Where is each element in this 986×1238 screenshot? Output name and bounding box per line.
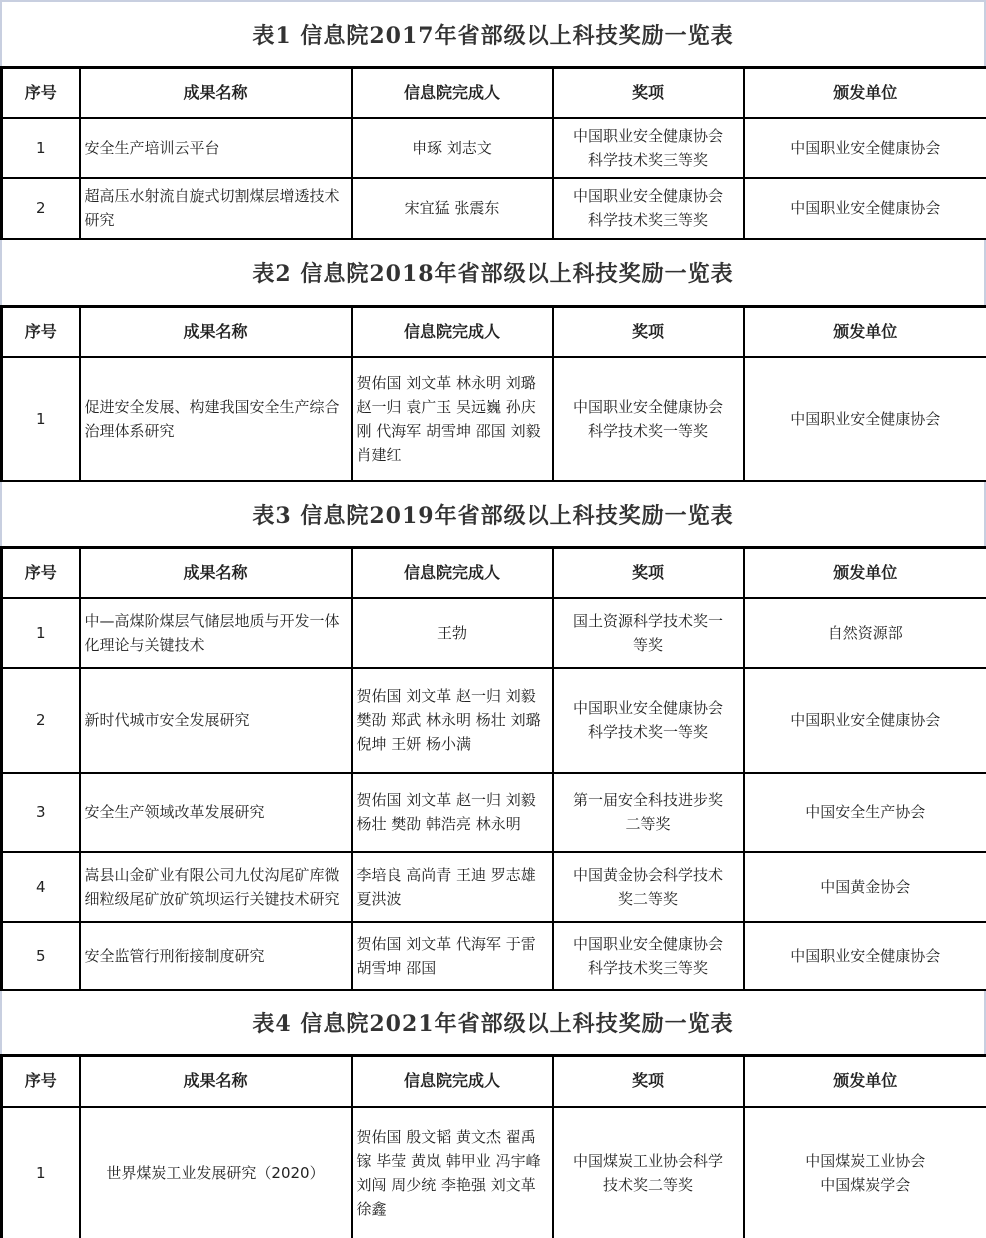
cell-contributors: 贺佑国 刘文革 赵一归 刘毅 杨壮 樊劭 韩浩亮 林永明 <box>352 773 553 852</box>
header-achievement-name: 成果名称 <box>80 1056 352 1107</box>
cell-achievement-name: 安全生产领域改革发展研究 <box>80 773 352 852</box>
award-line: 中国职业安全健康协会 <box>558 124 739 148</box>
table-row: 4 嵩县山金矿业有限公司九仗沟尾矿库微细粒级尾矿放矿筑坝运行关键技术研究 李培良… <box>2 852 986 922</box>
cell-serial-number: 1 <box>2 598 80 668</box>
cell-contributors: 申琢 刘志文 <box>352 118 553 178</box>
header-contributors: 信息院完成人 <box>352 307 553 357</box>
cell-issuer: 中国安全生产协会 <box>744 773 986 852</box>
cell-award: 中国煤炭工业协会科学 技术奖二等奖 <box>553 1107 744 1238</box>
cell-contributors: 贺佑国 刘文革 代海军 于雷 胡雪坤 邵国 <box>352 922 553 991</box>
cell-contributors: 宋宜猛 张震东 <box>352 178 553 240</box>
cell-achievement-name: 嵩县山金矿业有限公司九仗沟尾矿库微细粒级尾矿放矿筑坝运行关键技术研究 <box>80 852 352 922</box>
cell-achievement-name: 超高压水射流自旋式切割煤层增透技术研究 <box>80 178 352 240</box>
cell-issuer: 中国职业安全健康协会 <box>744 668 986 773</box>
header-serial-number: 序号 <box>2 68 80 118</box>
table-header-row: 序号 成果名称 信息院完成人 奖项 颁发单位 <box>2 68 986 118</box>
cell-achievement-name: 安全监管行刑衔接制度研究 <box>80 922 352 991</box>
header-achievement-name: 成果名称 <box>80 68 352 118</box>
cell-award: 中国职业安全健康协会 科学技术奖三等奖 <box>553 118 744 178</box>
award-line: 科学技术奖三等奖 <box>558 956 739 980</box>
header-contributors: 信息院完成人 <box>352 548 553 598</box>
table-row: 1 促进安全发展、构建我国安全生产综合治理体系研究 贺佑国 刘文革 林永明 刘璐… <box>2 357 986 482</box>
cell-serial-number: 1 <box>2 1107 80 1238</box>
header-award: 奖项 <box>553 307 744 357</box>
issuer-line: 中国煤炭学会 <box>749 1173 983 1197</box>
table-1-awards-2017: 序号 成果名称 信息院完成人 奖项 颁发单位 1 安全生产培训云平台 申琢 刘志… <box>0 66 986 241</box>
award-line: 科学技术奖三等奖 <box>558 208 739 232</box>
award-line: 科学技术奖三等奖 <box>558 148 739 172</box>
table-row: 1 安全生产培训云平台 申琢 刘志文 中国职业安全健康协会 科学技术奖三等奖 中… <box>2 118 986 178</box>
table-3-title-band: 表3 信息院2019年省部级以上科技奖励一览表 <box>0 482 986 546</box>
cell-contributors: 贺佑国 殷文韬 黄文杰 翟禹镓 毕莹 黄岚 韩甲业 冯宇峰 刘闯 周少统 李艳强… <box>352 1107 553 1238</box>
table-row: 2 新时代城市安全发展研究 贺佑国 刘文革 赵一归 刘毅 樊劭 郑武 林永明 杨… <box>2 668 986 773</box>
header-serial-number: 序号 <box>2 307 80 357</box>
cell-achievement-name: 世界煤炭工业发展研究（2020） <box>80 1107 352 1238</box>
award-line: 中国黄金协会科学技术 <box>558 863 739 887</box>
award-line: 科学技术奖一等奖 <box>558 720 739 744</box>
cell-award: 中国职业安全健康协会 科学技术奖三等奖 <box>553 178 744 240</box>
award-line: 中国职业安全健康协会 <box>558 395 739 419</box>
header-issuer: 颁发单位 <box>744 307 986 357</box>
table-row: 1 世界煤炭工业发展研究（2020） 贺佑国 殷文韬 黄文杰 翟禹镓 毕莹 黄岚… <box>2 1107 986 1238</box>
table-1-title-band: 表1 信息院2017年省部级以上科技奖励一览表 <box>0 0 986 66</box>
award-line: 科学技术奖一等奖 <box>558 419 739 443</box>
cell-contributors: 贺佑国 刘文革 赵一归 刘毅 樊劭 郑武 林永明 杨壮 刘璐 倪坤 王妍 杨小满 <box>352 668 553 773</box>
header-award: 奖项 <box>553 548 744 598</box>
table-header-row: 序号 成果名称 信息院完成人 奖项 颁发单位 <box>2 1056 986 1107</box>
cell-award: 中国职业安全健康协会 科学技术奖三等奖 <box>553 922 744 991</box>
cell-achievement-name: 安全生产培训云平台 <box>80 118 352 178</box>
cell-serial-number: 1 <box>2 357 80 482</box>
header-award: 奖项 <box>553 1056 744 1107</box>
cell-achievement-name: 促进安全发展、构建我国安全生产综合治理体系研究 <box>80 357 352 482</box>
cell-award: 中国职业安全健康协会 科学技术奖一等奖 <box>553 357 744 482</box>
award-line: 中国煤炭工业协会科学 <box>558 1149 739 1173</box>
cell-award: 中国职业安全健康协会 科学技术奖一等奖 <box>553 668 744 773</box>
table-row: 5 安全监管行刑衔接制度研究 贺佑国 刘文革 代海军 于雷 胡雪坤 邵国 中国职… <box>2 922 986 991</box>
table-3-title: 表3 信息院2019年省部级以上科技奖励一览表 <box>252 499 733 530</box>
award-line: 技术奖二等奖 <box>558 1173 739 1197</box>
cell-serial-number: 3 <box>2 773 80 852</box>
cell-serial-number: 2 <box>2 668 80 773</box>
cell-contributors: 贺佑国 刘文革 林永明 刘璐 赵一归 袁广玉 吴远巍 孙庆刚 代海军 胡雪坤 邵… <box>352 357 553 482</box>
cell-achievement-name: 新时代城市安全发展研究 <box>80 668 352 773</box>
cell-issuer: 中国职业安全健康协会 <box>744 118 986 178</box>
cell-serial-number: 4 <box>2 852 80 922</box>
table-4-title: 表4 信息院2021年省部级以上科技奖励一览表 <box>252 1007 733 1038</box>
table-4-awards-2021: 序号 成果名称 信息院完成人 奖项 颁发单位 1 世界煤炭工业发展研究（2020… <box>0 1054 986 1238</box>
table-1-title: 表1 信息院2017年省部级以上科技奖励一览表 <box>252 19 733 50</box>
header-issuer: 颁发单位 <box>744 548 986 598</box>
header-serial-number: 序号 <box>2 548 80 598</box>
award-line: 第一届安全科技进步奖 <box>558 788 739 812</box>
header-issuer: 颁发单位 <box>744 68 986 118</box>
awards-document: 表1 信息院2017年省部级以上科技奖励一览表 序号 成果名称 信息院完成人 奖… <box>0 0 986 1238</box>
table-row: 2 超高压水射流自旋式切割煤层增透技术研究 宋宜猛 张震东 中国职业安全健康协会… <box>2 178 986 240</box>
table-row: 3 安全生产领域改革发展研究 贺佑国 刘文革 赵一归 刘毅 杨壮 樊劭 韩浩亮 … <box>2 773 986 852</box>
header-award: 奖项 <box>553 68 744 118</box>
cell-issuer: 自然资源部 <box>744 598 986 668</box>
award-line: 中国职业安全健康协会 <box>558 932 739 956</box>
award-line: 奖二等奖 <box>558 887 739 911</box>
header-contributors: 信息院完成人 <box>352 68 553 118</box>
table-row: 1 中—高煤阶煤层气储层地质与开发一体化理论与关键技术 王勃 国土资源科学技术奖… <box>2 598 986 668</box>
award-line: 二等奖 <box>558 812 739 836</box>
table-2-awards-2018: 序号 成果名称 信息院完成人 奖项 颁发单位 1 促进安全发展、构建我国安全生产… <box>0 305 986 483</box>
header-achievement-name: 成果名称 <box>80 548 352 598</box>
cell-serial-number: 5 <box>2 922 80 991</box>
cell-contributors: 王勃 <box>352 598 553 668</box>
table-2-title-band: 表2 信息院2018年省部级以上科技奖励一览表 <box>0 240 986 305</box>
cell-contributors: 李培良 高尚青 王迪 罗志雄 夏洪波 <box>352 852 553 922</box>
cell-issuer: 中国黄金协会 <box>744 852 986 922</box>
cell-issuer: 中国职业安全健康协会 <box>744 922 986 991</box>
cell-award: 国土资源科学技术奖一 等奖 <box>553 598 744 668</box>
issuer-line: 中国煤炭工业协会 <box>749 1149 983 1173</box>
cell-award: 第一届安全科技进步奖 二等奖 <box>553 773 744 852</box>
header-contributors: 信息院完成人 <box>352 1056 553 1107</box>
table-3-awards-2019: 序号 成果名称 信息院完成人 奖项 颁发单位 1 中—高煤阶煤层气储层地质与开发… <box>0 546 986 992</box>
cell-achievement-name: 中—高煤阶煤层气储层地质与开发一体化理论与关键技术 <box>80 598 352 668</box>
cell-serial-number: 2 <box>2 178 80 240</box>
header-achievement-name: 成果名称 <box>80 307 352 357</box>
award-line: 中国职业安全健康协会 <box>558 696 739 720</box>
table-4-title-band: 表4 信息院2021年省部级以上科技奖励一览表 <box>0 991 986 1054</box>
table-2-title: 表2 信息院2018年省部级以上科技奖励一览表 <box>252 257 733 288</box>
table-header-row: 序号 成果名称 信息院完成人 奖项 颁发单位 <box>2 307 986 357</box>
award-line: 等奖 <box>558 633 739 657</box>
cell-issuer: 中国职业安全健康协会 <box>744 357 986 482</box>
cell-award: 中国黄金协会科学技术 奖二等奖 <box>553 852 744 922</box>
cell-serial-number: 1 <box>2 118 80 178</box>
header-serial-number: 序号 <box>2 1056 80 1107</box>
table-header-row: 序号 成果名称 信息院完成人 奖项 颁发单位 <box>2 548 986 598</box>
award-line: 中国职业安全健康协会 <box>558 184 739 208</box>
cell-issuer: 中国职业安全健康协会 <box>744 178 986 240</box>
cell-issuer: 中国煤炭工业协会 中国煤炭学会 <box>744 1107 986 1238</box>
header-issuer: 颁发单位 <box>744 1056 986 1107</box>
award-line: 国土资源科学技术奖一 <box>558 609 739 633</box>
